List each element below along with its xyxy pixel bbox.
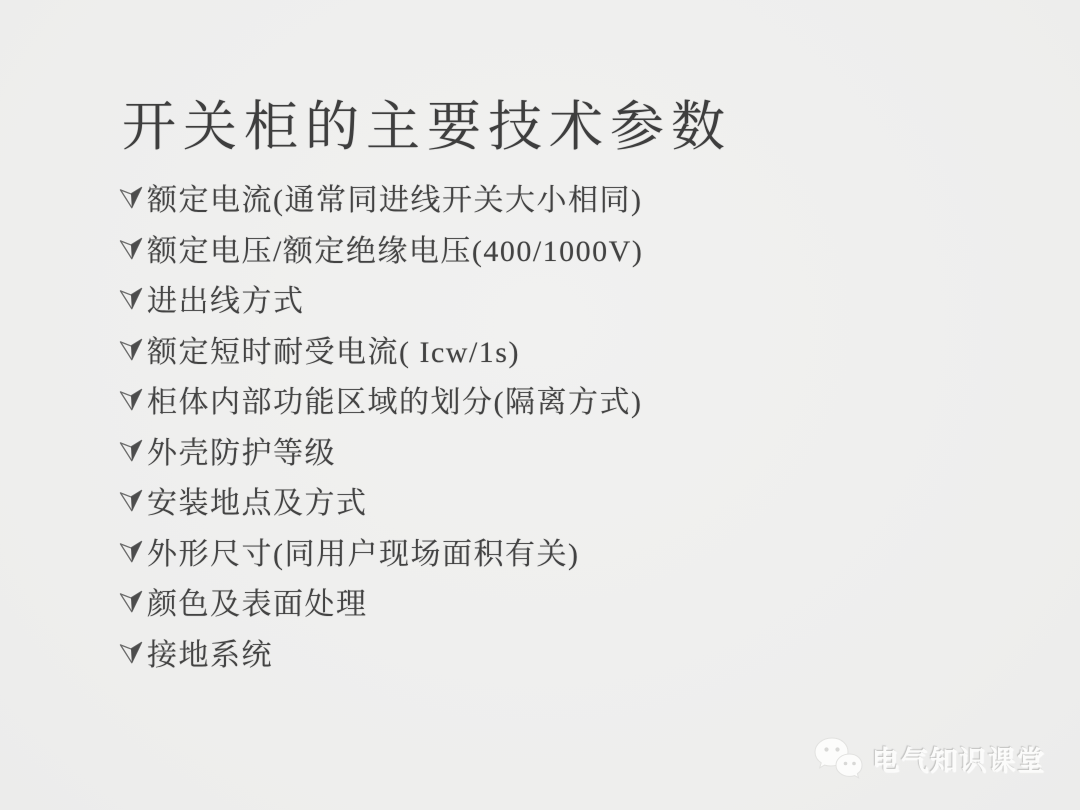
slide-title: 开关柜的主要技术参数 [122,84,732,161]
arrowhead-check-icon [118,438,144,464]
list-item: 额定电压/额定绝缘电压(400/1000V) [118,223,643,274]
list-item-label: 额定电压/额定绝缘电压(400/1000V) [147,226,643,270]
list-item: 接地系统 [118,627,643,678]
arrowhead-check-icon [118,286,144,312]
watermark-label: 电气知识课堂 [872,739,1046,778]
list-item-label: 安装地点及方式 [147,478,368,522]
list-item: 柜体内部功能区域的划分(隔离方式) [118,374,643,425]
list-item: 额定短时耐受电流( Icw/1s) [118,324,643,375]
parameter-list: 额定电流(通常同进线开关大小相同) 额定电压/额定绝缘电压(400/1000V)… [118,172,643,677]
list-item: 额定电流(通常同进线开关大小相同) [118,172,643,223]
list-item-label: 进出线方式 [147,276,305,320]
arrowhead-check-icon [118,185,144,211]
list-item-label: 外形尺寸(同用户现场面积有关) [147,529,579,573]
list-item-label: 额定电流(通常同进线开关大小相同) [147,175,642,219]
arrowhead-check-icon [118,337,144,363]
list-item: 安装地点及方式 [118,475,643,526]
slide: 开关柜的主要技术参数 额定电流(通常同进线开关大小相同) 额定电压/额定绝缘电压… [0,0,1080,810]
list-item-label: 外壳防护等级 [147,428,336,472]
arrowhead-check-icon [118,640,144,666]
list-item-label: 柜体内部功能区域的划分(隔离方式) [147,377,642,421]
arrowhead-check-icon [118,236,144,262]
list-item-label: 接地系统 [147,630,273,674]
list-item: 外形尺寸(同用户现场面积有关) [118,526,643,577]
list-item-label: 颜色及表面处理 [147,579,368,623]
arrowhead-check-icon [118,589,144,615]
list-item: 颜色及表面处理 [118,576,643,627]
arrowhead-check-icon [118,387,144,413]
list-item: 外壳防护等级 [118,425,643,476]
arrowhead-check-icon [118,488,144,514]
list-item-label: 额定短时耐受电流( Icw/1s) [147,327,520,371]
list-item: 进出线方式 [118,273,643,324]
arrowhead-check-icon [118,539,144,565]
watermark: 电气知识课堂 [812,732,1046,784]
wechat-logo-icon [812,732,864,784]
